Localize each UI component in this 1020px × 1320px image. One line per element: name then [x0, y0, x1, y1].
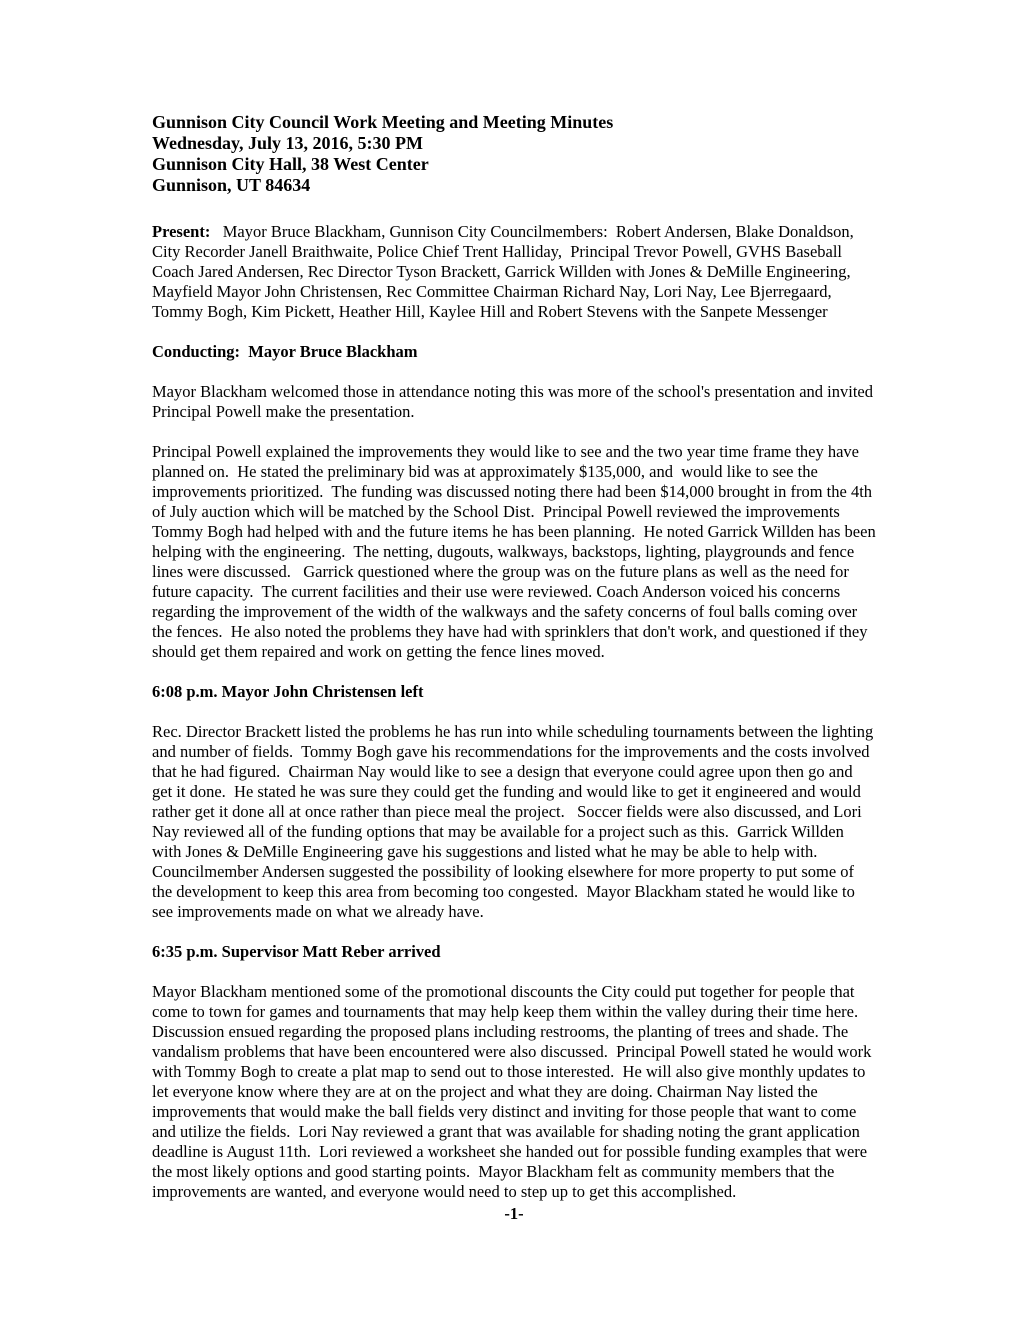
paragraph-improvements: Principal Powell explained the improveme… [152, 442, 876, 662]
page-number: -1- [152, 1204, 876, 1224]
document-header: Gunnison City Council Work Meeting and M… [152, 112, 876, 196]
document-page: Gunnison City Council Work Meeting and M… [0, 0, 1020, 1320]
document-city-zip: Gunnison, UT 84634 [152, 175, 876, 196]
document-title: Gunnison City Council Work Meeting and M… [152, 112, 876, 133]
event-heading-608: 6:08 p.m. Mayor John Christensen left [152, 682, 876, 702]
paragraph-welcome: Mayor Blackham welcomed those in attenda… [152, 382, 876, 422]
document-location: Gunnison City Hall, 38 West Center [152, 154, 876, 175]
conducting-line: Conducting: Mayor Bruce Blackham [152, 342, 876, 362]
document-datetime: Wednesday, July 13, 2016, 5:30 PM [152, 133, 876, 154]
present-paragraph: Present: Mayor Bruce Blackham, Gunnison … [152, 222, 876, 322]
event-heading-635: 6:35 p.m. Supervisor Matt Reber arrived [152, 942, 876, 962]
present-text: Mayor Bruce Blackham, Gunnison City Coun… [152, 222, 858, 321]
paragraph-promotions: Mayor Blackham mentioned some of the pro… [152, 982, 876, 1202]
present-label: Present: [152, 222, 210, 241]
paragraph-rec-director: Rec. Director Brackett listed the proble… [152, 722, 876, 922]
